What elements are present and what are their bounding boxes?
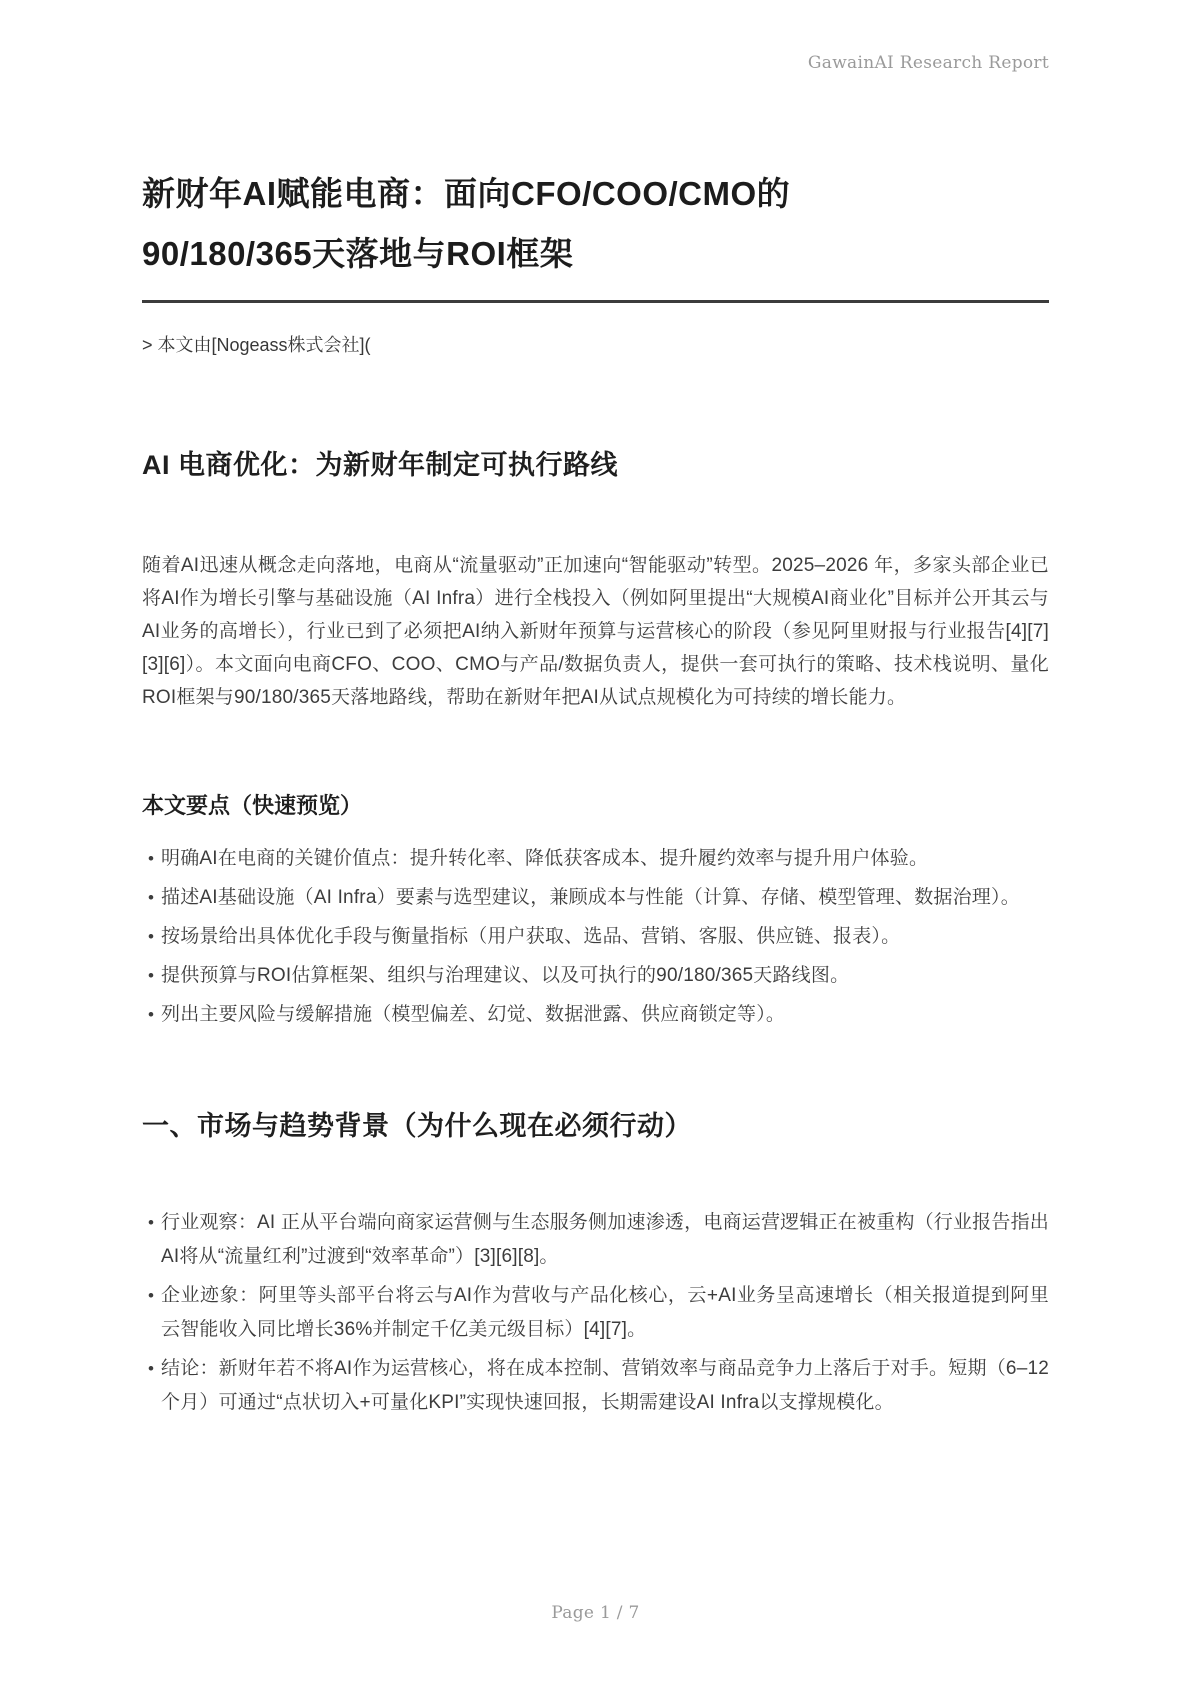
overview-bullet-item: 明确AI在电商的关键价值点：提升转化率、降低获客成本、提升履约效率与提升用户体验…: [161, 842, 1049, 875]
title-divider: [142, 300, 1049, 303]
overview-bullet-list: 明确AI在电商的关键价值点：提升转化率、降低获客成本、提升履约效率与提升用户体验…: [142, 842, 1049, 1031]
market-bullet-item: 结论：新财年若不将AI作为运营核心，将在成本控制、营销效率与商品竞争力上落后于对…: [161, 1352, 1049, 1420]
overview-bullet-item: 描述AI基础设施（AI Infra）要素与选型建议，兼顾成本与性能（计算、存储、…: [161, 881, 1049, 914]
page-number: Page 1 / 7: [0, 1602, 1191, 1624]
report-page: GawainAI Research Report 新财年AI赋能电商：面向CFO…: [0, 0, 1191, 1684]
market-bullet-item: 行业观察：AI 正从平台端向商家运营侧与生态服务侧加速渗透，电商运营逻辑正在被重…: [161, 1206, 1049, 1274]
intro-paragraph: 随着AI迅速从概念走向落地，电商从“流量驱动”正加速向“智能驱动”转型。2025…: [142, 549, 1049, 714]
section-heading-market: 一、市场与趋势背景（为什么现在必须行动）: [142, 1106, 1049, 1146]
document-title: 新财年AI赋能电商：面向CFO/COO/CMO的 90/180/365天落地与R…: [142, 164, 1049, 284]
market-bullet-list: 行业观察：AI 正从平台端向商家运营侧与生态服务侧加速渗透，电商运营逻辑正在被重…: [142, 1206, 1049, 1420]
document-title-line-2: 90/180/365天落地与ROI框架: [142, 224, 1049, 284]
section-heading-roadmap: AI 电商优化：为新财年制定可执行路线: [142, 445, 1049, 485]
overview-bullet-item: 提供预算与ROI估算框架、组织与治理建议、以及可执行的90/180/365天路线…: [161, 959, 1049, 992]
market-bullet-item: 企业迹象：阿里等头部平台将云与AI作为营收与产品化核心，云+AI业务呈高速增长（…: [161, 1279, 1049, 1347]
overview-bullet-item: 按场景给出具体优化手段与衡量指标（用户获取、选品、营销、客服、供应链、报表）。: [161, 920, 1049, 953]
byline-quote: > 本文由[Nogeass株式会社](: [142, 331, 1049, 359]
overview-bullet-item: 列出主要风险与缓解措施（模型偏差、幻觉、数据泄露、供应商锁定等）。: [161, 998, 1049, 1031]
subsection-heading-overview: 本文要点（快速预览）: [142, 790, 1049, 822]
report-brand: GawainAI Research Report: [142, 0, 1049, 74]
document-title-line-1: 新财年AI赋能电商：面向CFO/COO/CMO的: [142, 164, 1049, 224]
